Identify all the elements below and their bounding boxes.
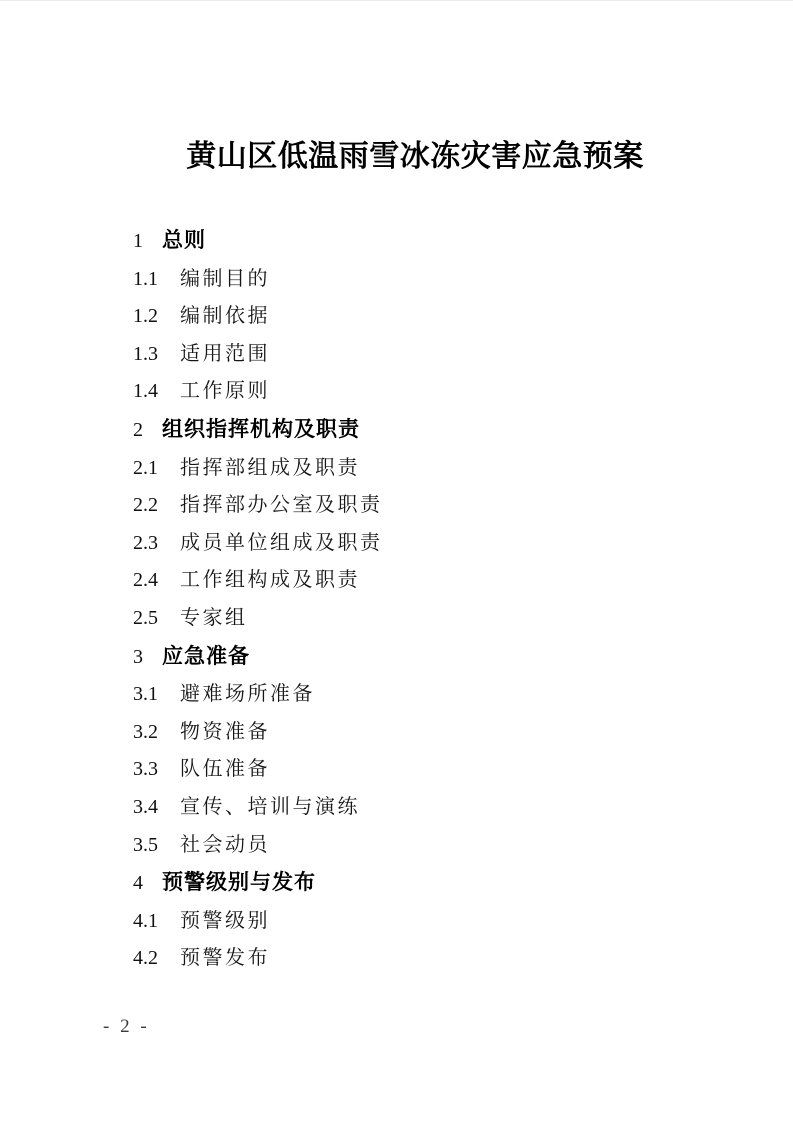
toc-item-label: 应急准备 [162,638,250,676]
toc-item-number: 4.2 [133,940,180,978]
toc-item-label: 队伍准备 [180,751,270,789]
toc-item-3.1: 3.1 避难场所准备 [133,676,697,714]
toc-item-number: 2.1 [133,450,180,488]
toc-item-number: 1.1 [133,261,180,299]
document-page: 黄山区低温雨雪冰冻灾害应急预案 1 总则 1.1 编制目的 1.2 编制依据 1… [0,0,793,1123]
toc-item-number: 4 [133,865,162,903]
toc-item-number: 3.2 [133,714,180,752]
toc-item-number: 3.1 [133,676,180,714]
toc-item-label: 避难场所准备 [180,676,315,714]
toc-item-3.3: 3.3 队伍准备 [133,751,697,789]
toc-item-label: 工作组构成及职责 [180,562,360,600]
toc-item-label: 专家组 [180,600,248,638]
toc-item-label: 编制依据 [180,298,270,336]
toc-item-2.1: 2.1 指挥部组成及职责 [133,450,697,488]
toc-item-number: 2.5 [133,600,180,638]
toc-item-number: 2.2 [133,487,180,525]
toc-item-1.3: 1.3 适用范围 [133,336,697,374]
toc-item-number: 3.3 [133,751,180,789]
toc-item-label: 工作原则 [180,373,270,411]
toc-item-label: 指挥部办公室及职责 [180,487,383,525]
toc-item-label: 预警发布 [180,940,270,978]
toc-item-2.3: 2.3 成员单位组成及职责 [133,525,697,563]
toc-item-number: 3 [133,639,162,677]
toc-item-4: 4 预警级别与发布 [133,864,697,903]
toc-item-label: 总则 [162,222,206,260]
toc-item-number: 4.1 [133,903,180,941]
toc-item-3.2: 3.2 物资准备 [133,714,697,752]
toc-item-number: 1 [133,223,162,261]
toc-item-label: 宣传、培训与演练 [180,789,360,827]
toc-item-number: 2 [133,412,162,450]
toc-item-4.2: 4.2 预警发布 [133,940,697,978]
toc-item-2.2: 2.2 指挥部办公室及职责 [133,487,697,525]
toc-item-label: 成员单位组成及职责 [180,525,383,563]
toc-item-2.5: 2.5 专家组 [133,600,697,638]
toc-item-1: 1 总则 [133,222,697,261]
toc-item-label: 预警级别与发布 [162,864,316,902]
toc-item-number: 2.3 [133,525,180,563]
toc-item-number: 1.4 [133,373,180,411]
toc-item-2: 2 组织指挥机构及职责 [133,411,697,450]
toc-item-label: 组织指挥机构及职责 [162,411,360,449]
toc-item-1.2: 1.2 编制依据 [133,298,697,336]
toc-item-3: 3 应急准备 [133,638,697,677]
document-title: 黄山区低温雨雪冰冻灾害应急预案 [133,140,697,173]
toc-item-3.5: 3.5 社会动员 [133,827,697,865]
toc-item-number: 2.4 [133,562,180,600]
toc-item-label: 适用范围 [180,336,270,374]
toc-item-label: 社会动员 [180,827,270,865]
toc-item-1.1: 1.1 编制目的 [133,261,697,299]
toc-item-number: 1.2 [133,298,180,336]
toc-item-label: 预警级别 [180,903,270,941]
toc-item-number: 3.4 [133,789,180,827]
toc-item-number: 1.3 [133,336,180,374]
toc-item-label: 指挥部组成及职责 [180,450,360,488]
table-of-contents: 1 总则 1.1 编制目的 1.2 编制依据 1.3 适用范围 1.4 工作原则… [133,222,697,978]
page-number: - 2 - [103,1016,150,1038]
toc-item-1.4: 1.4 工作原则 [133,373,697,411]
toc-item-3.4: 3.4 宣传、培训与演练 [133,789,697,827]
toc-item-number: 3.5 [133,827,180,865]
toc-item-4.1: 4.1 预警级别 [133,903,697,941]
toc-item-label: 物资准备 [180,714,270,752]
toc-item-label: 编制目的 [180,261,270,299]
toc-item-2.4: 2.4 工作组构成及职责 [133,562,697,600]
